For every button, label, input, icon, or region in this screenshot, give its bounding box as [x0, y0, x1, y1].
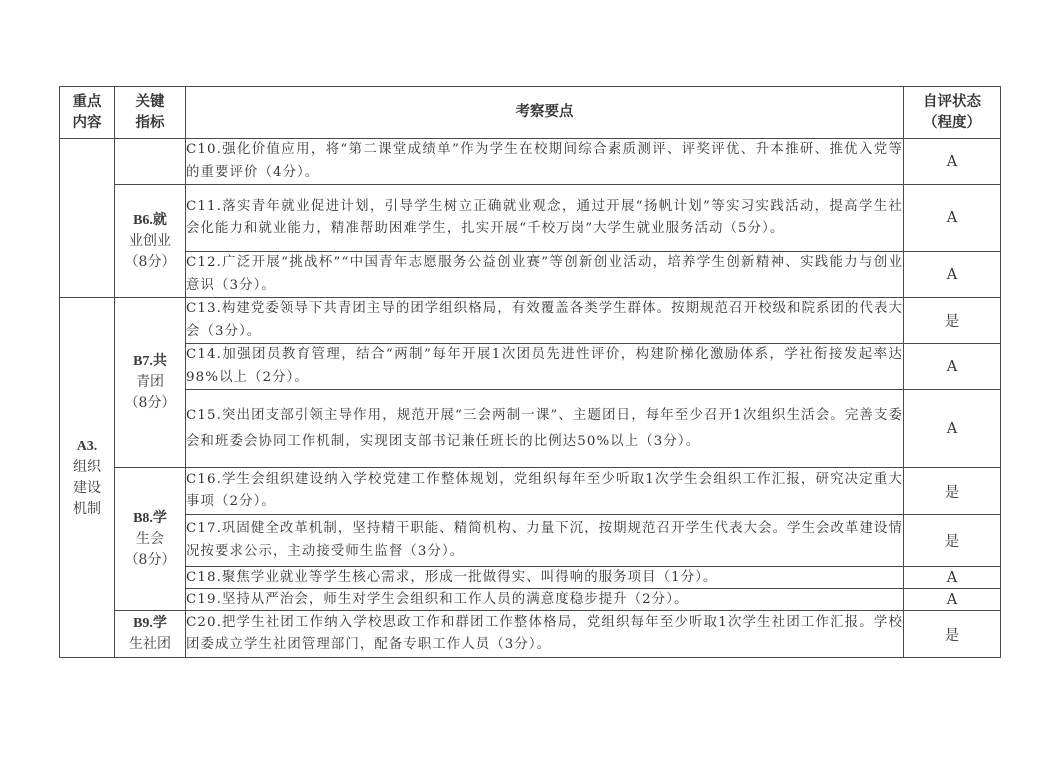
key-b8-line1: B8.学 — [115, 508, 185, 529]
point-cell-c18: C18.聚焦学业就业等学生核心需求，形成一批做得实、叫得响的服务项目（1分）。 — [186, 567, 904, 589]
status-cell-c20: 是 — [904, 611, 1001, 658]
key-cell-b8: B8.学 生会 （8分） — [115, 468, 186, 611]
key-b9-line2: 生社团 — [115, 634, 185, 655]
focus-a3-line2: 组织 — [60, 457, 114, 478]
focus-a3-line3: 建设 — [60, 478, 114, 499]
header-focus: 重点 内容 — [60, 87, 115, 139]
header-key-line2: 指标 — [115, 113, 185, 134]
key-b6-line2: 业创业 — [115, 231, 185, 252]
table-row: C14.加强团员教育管理，结合“两制”每年开展1次团员先进性评价，构建阶梯化激励… — [60, 344, 1001, 390]
header-focus-line2: 内容 — [60, 113, 114, 134]
key-b9-line1: B9.学 — [115, 613, 185, 634]
key-cell-b6: B6.就 业创业 （8分） — [115, 185, 186, 298]
header-key: 关键 指标 — [115, 87, 186, 139]
key-cell-b7: B7.共 青团 （8分） — [115, 298, 186, 468]
point-cell-c10: C10.强化价值应用，将“第二课堂成绩单”作为学生在校期间综合素质测评、评奖评优… — [186, 139, 904, 185]
evaluation-table: 重点 内容 关键 指标 考察要点 自评状态 （程度） C10.强化价值应用，将“… — [59, 86, 1001, 658]
status-cell-c11: A — [904, 185, 1001, 252]
table-row: C17.巩固健全改革机制，坚持精干职能、精简机构、力量下沉，按期规范召开学生代表… — [60, 515, 1001, 567]
key-b8-line3: （8分） — [115, 550, 185, 571]
focus-cell-a3: A3. 组织 建设 机制 — [60, 298, 115, 658]
focus-cell-empty — [60, 139, 115, 298]
header-status: 自评状态 （程度） — [904, 87, 1001, 139]
key-b7-line3: （8分） — [115, 393, 185, 414]
status-cell-c19: A — [904, 589, 1001, 611]
point-cell-c15: C15.突出团支部引领主导作用，规范开展“三会两制一课”、主题团日，每年至少召开… — [186, 390, 904, 468]
key-b6-line3: （8分） — [115, 252, 185, 273]
key-b7-line1: B7.共 — [115, 351, 185, 372]
table-row: C18.聚焦学业就业等学生核心需求，形成一批做得实、叫得响的服务项目（1分）。 … — [60, 567, 1001, 589]
table-row: A3. 组织 建设 机制 B7.共 青团 （8分） C13.构建党委领导下共青团… — [60, 298, 1001, 344]
table-row: B6.就 业创业 （8分） C11.落实青年就业促进计划，引导学生树立正确就业观… — [60, 185, 1001, 252]
header-points: 考察要点 — [186, 87, 904, 139]
point-cell-c20: C20.把学生社团工作纳入学校思政工作和群团工作整体格局，党组织每年至少听取1次… — [186, 611, 904, 658]
key-cell-empty — [115, 139, 186, 185]
point-cell-c19: C19.坚持从严治会，师生对学生会组织和工作人员的满意度稳步提升（2分）。 — [186, 589, 904, 611]
point-cell-c12: C12.广泛开展“挑战杯”“中国青年志愿服务公益创业赛”等创新创业活动，培养学生… — [186, 252, 904, 298]
status-cell-c15: A — [904, 390, 1001, 468]
key-b7-line2: 青团 — [115, 372, 185, 393]
header-status-line2: （程度） — [904, 113, 1000, 134]
point-cell-c14: C14.加强团员教育管理，结合“两制”每年开展1次团员先进性评价，构建阶梯化激励… — [186, 344, 904, 390]
header-key-line1: 关键 — [115, 92, 185, 113]
status-cell-c12: A — [904, 252, 1001, 298]
table-row: C15.突出团支部引领主导作用，规范开展“三会两制一课”、主题团日，每年至少召开… — [60, 390, 1001, 468]
header-status-line1: 自评状态 — [904, 92, 1000, 113]
point-cell-c17: C17.巩固健全改革机制，坚持精干职能、精简机构、力量下沉，按期规范召开学生代表… — [186, 515, 904, 567]
key-b6-line1: B6.就 — [115, 210, 185, 231]
status-cell-c16: 是 — [904, 468, 1001, 515]
status-cell-c13: 是 — [904, 298, 1001, 344]
table-row: B9.学 生社团 C20.把学生社团工作纳入学校思政工作和群团工作整体格局，党组… — [60, 611, 1001, 658]
key-cell-b9: B9.学 生社团 — [115, 611, 186, 658]
table-row: B8.学 生会 （8分） C16.学生会组织建设纳入学校党建工作整体规划，党组织… — [60, 468, 1001, 515]
table-row: C10.强化价值应用，将“第二课堂成绩单”作为学生在校期间综合素质测评、评奖评优… — [60, 139, 1001, 185]
focus-a3-line4: 机制 — [60, 499, 114, 520]
table-row: C19.坚持从严治会，师生对学生会组织和工作人员的满意度稳步提升（2分）。 A — [60, 589, 1001, 611]
focus-a3-line1: A3. — [60, 436, 114, 457]
point-cell-c11: C11.落实青年就业促进计划，引导学生树立正确就业观念，通过开展“扬帆计划”等实… — [186, 185, 904, 252]
status-cell-c14: A — [904, 344, 1001, 390]
header-focus-line1: 重点 — [60, 92, 114, 113]
header-row: 重点 内容 关键 指标 考察要点 自评状态 （程度） — [60, 87, 1001, 139]
status-cell-c18: A — [904, 567, 1001, 589]
key-b8-line2: 生会 — [115, 529, 185, 550]
table-row: C12.广泛开展“挑战杯”“中国青年志愿服务公益创业赛”等创新创业活动，培养学生… — [60, 252, 1001, 298]
status-cell-c17: 是 — [904, 515, 1001, 567]
point-cell-c16: C16.学生会组织建设纳入学校党建工作整体规划，党组织每年至少听取1次学生会组织… — [186, 468, 904, 515]
status-cell-c10: A — [904, 139, 1001, 185]
point-cell-c13: C13.构建党委领导下共青团主导的团学组织格局，有效覆盖各类学生群体。按期规范召… — [186, 298, 904, 344]
